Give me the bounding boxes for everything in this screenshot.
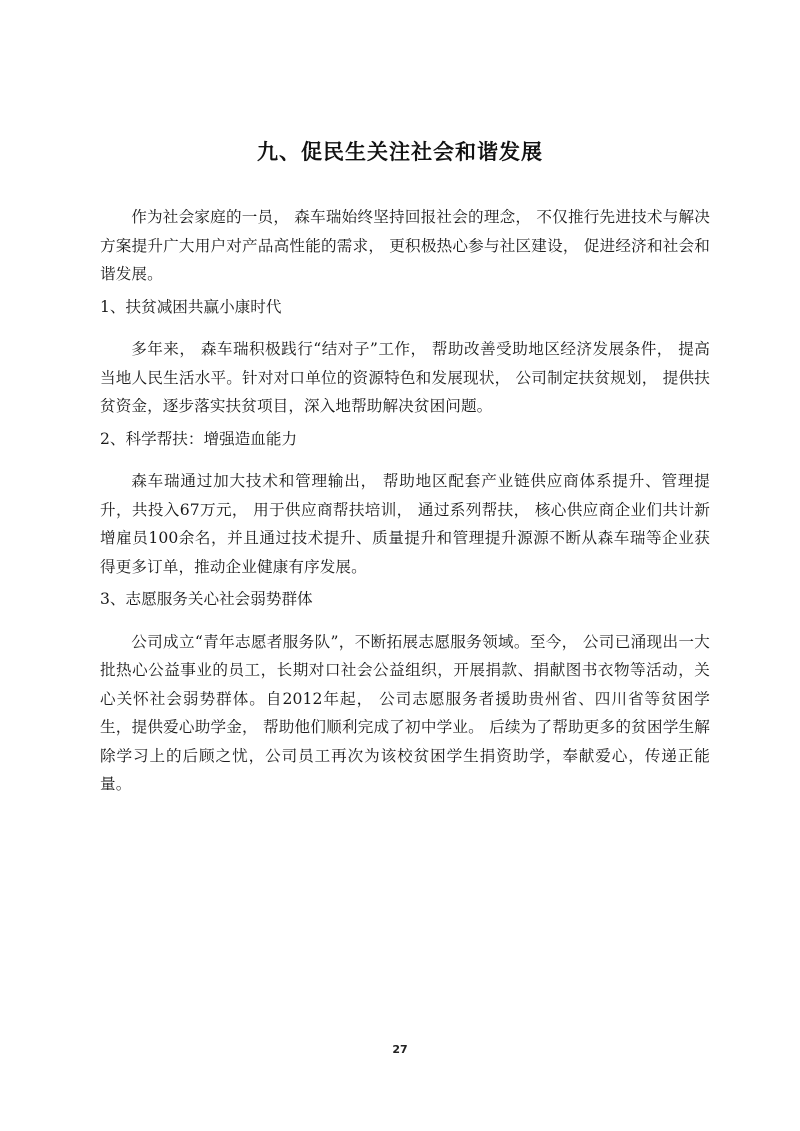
page-number: 27: [0, 1043, 800, 1056]
section-body-poverty-alleviation: 多年来， 森车瑞积极践行“结对子”工作， 帮助改善受助地区经济发展条件， 提高当…: [100, 335, 710, 421]
page-title: 九、促民生关注社会和谐发展: [0, 136, 800, 166]
section-heading-poverty-alleviation: 1、扶贫减困共赢小康时代: [100, 293, 710, 322]
section-heading-scientific-assistance: 2、科学帮扶：增强造血能力: [100, 425, 710, 454]
document-body: 作为社会家庭的一员， 森车瑞始终坚持回报社会的理念， 不仅推行先进技术与解决方案…: [100, 203, 710, 799]
section-body-scientific-assistance: 森车瑞通过加大技术和管理输出， 帮助地区配套产业链供应商体系提升、管理提升，共投…: [100, 467, 710, 581]
section-heading-volunteer-service: 3、志愿服务关心社会弱势群体: [100, 585, 710, 614]
section-body-volunteer-service: 公司成立“青年志愿者服务队”，不断拓展志愿服务领域。至今， 公司已涌现出一大批热…: [100, 628, 710, 799]
document-page: 九、促民生关注社会和谐发展 作为社会家庭的一员， 森车瑞始终坚持回报社会的理念，…: [0, 0, 800, 1131]
intro-paragraph: 作为社会家庭的一员， 森车瑞始终坚持回报社会的理念， 不仅推行先进技术与解决方案…: [100, 203, 710, 289]
